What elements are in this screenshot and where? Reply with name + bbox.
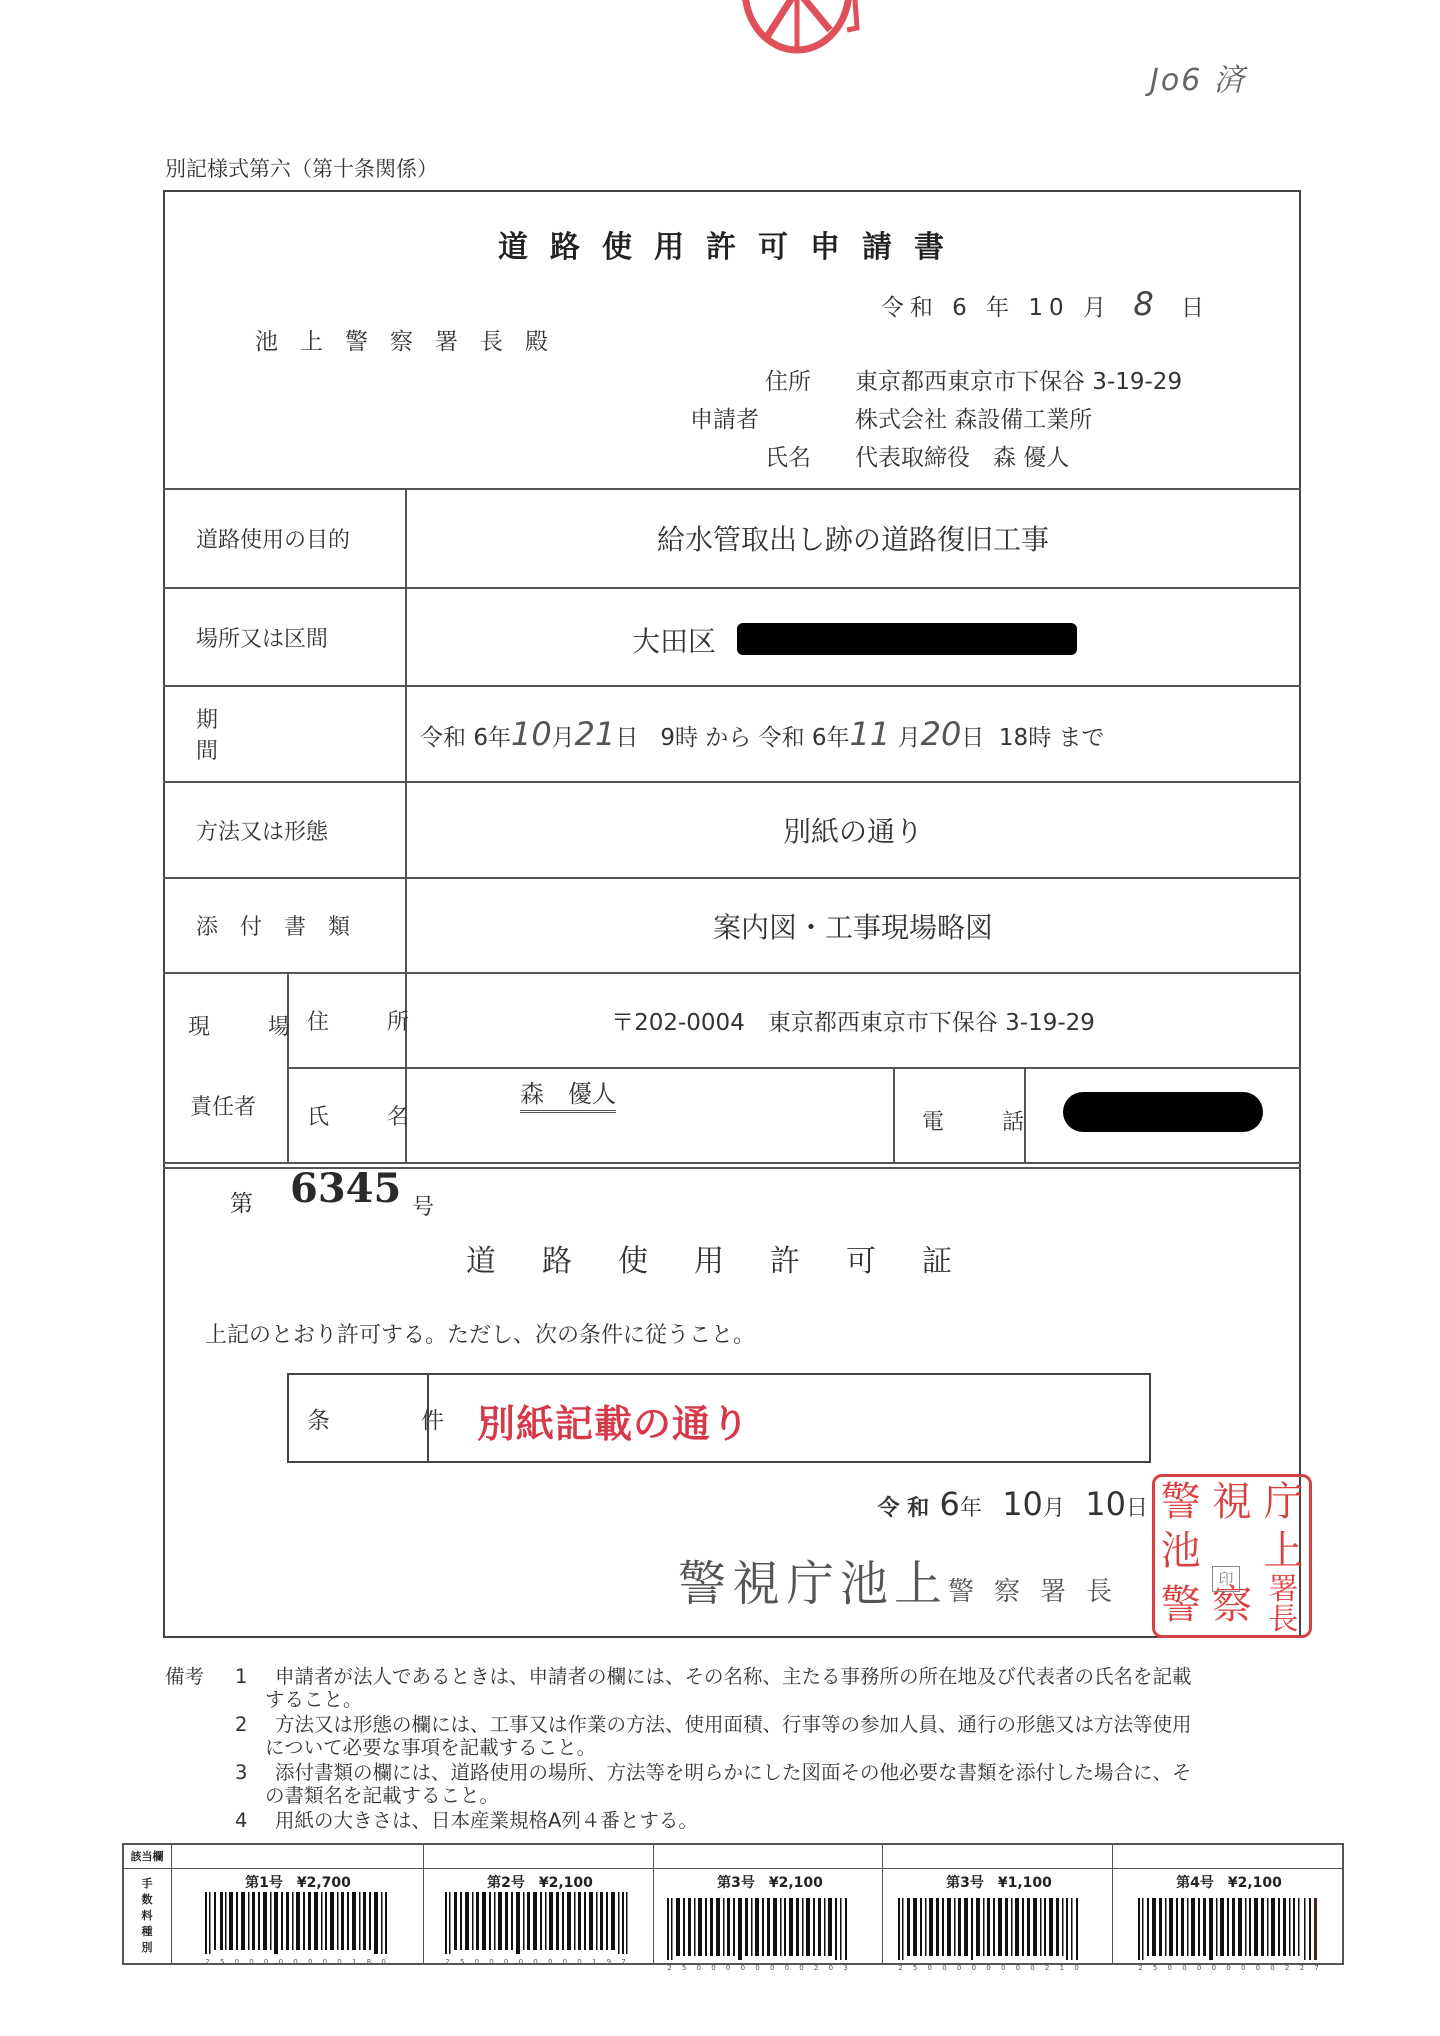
attachments-label: 添付書類 bbox=[196, 879, 396, 972]
location-redaction bbox=[737, 623, 1077, 655]
period-start-hour: 9時 bbox=[660, 725, 698, 751]
period-start-era: 令和 bbox=[420, 725, 466, 751]
note-text: 添付書類の欄には、道路使用の場所、方法等を明らかにした図面その他必要な書類を添付… bbox=[275, 1761, 1192, 1784]
note-text-continued: すること。 bbox=[235, 1688, 1305, 1711]
period-start-month: 10 bbox=[511, 715, 552, 753]
site-manager-label-top: 現 場 bbox=[188, 1010, 308, 1041]
fee-applicable-label: 該当欄 bbox=[124, 1845, 170, 1869]
fee-cell: 第4号 ¥2,100 2 5 0 0 0 0 0 0 0 0 2 2 7 bbox=[1114, 1872, 1344, 1972]
period-end-year: 6年 bbox=[812, 725, 850, 751]
condition-value-stamp: 別紙記載の通り bbox=[477, 1393, 750, 1448]
barcode-icon bbox=[205, 1892, 390, 1954]
date-month-unit: 月 bbox=[1083, 295, 1112, 321]
period-end-hour: 18時 bbox=[999, 725, 1051, 751]
application-title: 道路使用許可申請書 bbox=[163, 222, 1301, 266]
permit-date-month: 10 bbox=[1002, 1485, 1043, 1523]
date-year-unit: 年 bbox=[986, 295, 1015, 321]
application-date: 令和 6 年 10 月 8 日 bbox=[881, 285, 1210, 323]
period-start-day: 21 bbox=[575, 715, 616, 753]
barcode-icon bbox=[898, 1898, 1083, 1960]
site-address-value: 〒202-0004 東京都西東京市下保谷 3-19-29 bbox=[407, 974, 1299, 1067]
fee-type-char: 種 bbox=[142, 1924, 153, 1940]
fee-cell-label: 第4号 ¥2,100 bbox=[1114, 1872, 1344, 1892]
receipt-stamp-icon bbox=[735, 0, 865, 70]
seal-mark-box: 印 bbox=[1212, 1566, 1240, 1592]
fee-table-divider bbox=[122, 1868, 1344, 1869]
date-era: 令和 bbox=[881, 295, 939, 321]
permit-date: 令 和 6年 10月 10日 bbox=[878, 1485, 1148, 1523]
applicant-address-label: 住所 bbox=[765, 363, 811, 396]
handwritten-job-note: Jo6 済 bbox=[1150, 55, 1246, 99]
notes-heading: 備考 bbox=[165, 1665, 204, 1688]
note-text-continued: について必要な事項を記載すること。 bbox=[235, 1736, 1305, 1759]
fee-checkbox-5[interactable] bbox=[1114, 1845, 1342, 1867]
fee-checkbox-1[interactable] bbox=[173, 1845, 422, 1867]
period-start-year: 6年 bbox=[473, 725, 511, 751]
table-divider bbox=[163, 1162, 1301, 1164]
applicant-company: 株式会社 森設備工業所 bbox=[855, 401, 1092, 434]
permit-number: 6345 bbox=[290, 1165, 401, 1212]
barcode-icon bbox=[667, 1898, 852, 1960]
permit-date-month-unit: 月 bbox=[1043, 1496, 1065, 1521]
location-value: 大田区 bbox=[632, 620, 716, 660]
barcode-digits: 2 5 0 0 0 0 0 0 0 0 2 2 7 bbox=[1138, 1964, 1323, 1972]
permit-date-day: 10 bbox=[1085, 1485, 1126, 1523]
date-month: 10 bbox=[1028, 295, 1069, 321]
table-divider bbox=[287, 1067, 1301, 1069]
permit-number-suffix: 号 bbox=[412, 1190, 434, 1221]
purpose-value: 給水管取出し跡の道路復旧工事 bbox=[407, 490, 1299, 586]
note-item: 1申請者が法人であるときは、申請者の欄には、その名称、主たる事務所の所在地及び代… bbox=[235, 1665, 1305, 1711]
fee-type-label: 手 数 料 種 別 bbox=[124, 1870, 170, 1962]
date-year: 6 bbox=[952, 295, 973, 321]
seal-char: 警 bbox=[1155, 1482, 1206, 1522]
note-number: 1 bbox=[235, 1665, 275, 1688]
period-end-day: 20 bbox=[921, 715, 962, 753]
permit-number-prefix: 第 bbox=[230, 1185, 253, 1218]
period-month-unit: 月 bbox=[552, 725, 575, 751]
form-reference: 別記様式第六（第十条関係） bbox=[165, 153, 438, 183]
barcode-icon bbox=[1138, 1898, 1323, 1960]
site-name-label: 氏 名 bbox=[307, 1100, 427, 1131]
fee-cell-label: 第2号 ¥2,100 bbox=[425, 1872, 655, 1892]
site-manager-name: 森 優人 bbox=[520, 1074, 616, 1113]
method-value: 別紙の通り bbox=[407, 783, 1299, 877]
note-text: 用紙の大きさは、日本産業規格A列４番とする。 bbox=[275, 1809, 698, 1832]
note-number: 2 bbox=[235, 1713, 275, 1736]
applicant-name: 代表取締役 森 優人 bbox=[855, 439, 1069, 472]
seal-char: 視 bbox=[1206, 1482, 1257, 1522]
fee-type-char: 数 bbox=[142, 1892, 153, 1908]
note-item: 2方法又は形態の欄には、工事又は作業の方法、使用面積、行事等の参加人員、通行の形… bbox=[235, 1713, 1305, 1759]
fee-table-divider bbox=[171, 1843, 172, 1965]
site-manager-label-bottom: 責任者 bbox=[190, 1090, 256, 1121]
period-label: 期 間 bbox=[196, 687, 376, 781]
official-seal-stamp: 警 視 庁 池 上 警 察 署長 bbox=[1152, 1474, 1312, 1638]
period-end-era: 令和 bbox=[759, 725, 805, 751]
period-until: まで bbox=[1059, 725, 1105, 751]
applicant-name-label: 氏名 bbox=[765, 439, 811, 472]
method-label: 方法又は形態 bbox=[196, 783, 376, 877]
fee-checkbox-2[interactable] bbox=[425, 1845, 652, 1867]
fee-type-char: 料 bbox=[142, 1908, 153, 1924]
column-divider bbox=[287, 972, 289, 1164]
permit-date-era: 令 和 bbox=[878, 1496, 930, 1521]
fee-table-divider bbox=[423, 1843, 424, 1965]
applicant-address: 東京都西東京市下保谷 3-19-29 bbox=[855, 363, 1182, 396]
permit-title: 道路使用許可証 bbox=[163, 1236, 1301, 1280]
period-day-unit: 日 bbox=[961, 725, 984, 751]
period-day-unit: 日 bbox=[615, 725, 638, 751]
attachments-value: 案内図・工事現場略図 bbox=[407, 879, 1299, 972]
date-day-handwritten: 8 bbox=[1133, 285, 1159, 323]
fee-checkbox-3[interactable] bbox=[655, 1845, 881, 1867]
issuer-sub: 警察署長 bbox=[948, 1577, 1132, 1607]
barcode-icon bbox=[445, 1892, 630, 1954]
note-item: 4用紙の大きさは、日本産業規格A列４番とする。 bbox=[235, 1809, 1305, 1832]
permit-date-year: 6 bbox=[939, 1485, 959, 1523]
note-number: 4 bbox=[235, 1809, 275, 1832]
note-text-continued: の書類名を記載すること。 bbox=[235, 1784, 1305, 1807]
issuer: 警視庁池上警察署長 bbox=[678, 1545, 1132, 1614]
condition-label: 条 件 bbox=[307, 1402, 478, 1435]
date-day-unit: 日 bbox=[1181, 295, 1210, 321]
fee-cell: 第2号 ¥2,100 2 5 0 0 0 0 0 0 0 0 1 9 7 bbox=[425, 1872, 655, 1966]
period-month-unit: 月 bbox=[898, 725, 921, 751]
permit-date-day-unit: 日 bbox=[1126, 1496, 1148, 1521]
purpose-label: 道路使用の目的 bbox=[196, 490, 376, 586]
note-item: 3添付書類の欄には、道路使用の場所、方法等を明らかにした図面その他必要な書類を添… bbox=[235, 1761, 1305, 1807]
barcode-digits: 2 5 0 0 0 0 0 0 0 0 2 0 3 bbox=[667, 1964, 852, 1972]
fee-type-char: 別 bbox=[142, 1940, 153, 1956]
phone-redaction bbox=[1063, 1092, 1263, 1132]
issuer-main: 警視庁池上 bbox=[678, 1556, 948, 1612]
barcode-digits: 2 5 0 0 0 0 0 0 0 0 1 9 7 bbox=[445, 1958, 630, 1966]
fee-type-char: 手 bbox=[142, 1876, 153, 1892]
fee-cell-label: 第1号 ¥2,700 bbox=[183, 1872, 413, 1892]
note-text: 方法又は形態の欄には、工事又は作業の方法、使用面積、行事等の参加人員、通行の形態… bbox=[275, 1713, 1192, 1736]
barcode-digits: 2 5 0 0 0 0 0 0 0 0 2 1 0 bbox=[898, 1964, 1083, 1972]
period-end-month: 11 bbox=[850, 715, 891, 753]
note-text: 申請者が法人であるときは、申請者の欄には、その名称、主たる事務所の所在地及び代表… bbox=[275, 1665, 1192, 1688]
seal-char: 上 bbox=[1258, 1531, 1309, 1571]
seal-char: 署長 bbox=[1258, 1575, 1309, 1635]
seal-char: 警 bbox=[1155, 1585, 1206, 1625]
barcode-digits: 2 5 0 0 0 0 0 0 0 0 1 8 0 bbox=[205, 1958, 390, 1966]
applicant-section-label: 申請者 bbox=[690, 401, 759, 434]
permit-statement: 上記のとおり許可する。ただし、次の条件に従うこと。 bbox=[205, 1318, 755, 1349]
fee-cell: 第1号 ¥2,700 2 5 0 0 0 0 0 0 0 0 1 8 0 bbox=[183, 1872, 413, 1966]
period-value: 令和 6年10月21日 9時 から 令和 6年11 月20日 18時 まで bbox=[420, 715, 1105, 753]
period-from: から bbox=[705, 725, 751, 751]
seal-char: 池 bbox=[1155, 1531, 1206, 1571]
fee-checkbox-4[interactable] bbox=[884, 1845, 1111, 1867]
seal-char: 庁 bbox=[1258, 1482, 1309, 1522]
addressee: 池上警察署長殿 bbox=[255, 323, 570, 356]
permit-date-year-unit: 年 bbox=[960, 1496, 982, 1521]
location-label: 場所又は区間 bbox=[196, 589, 376, 685]
fee-cell-label: 第3号 ¥2,100 bbox=[655, 1872, 885, 1892]
note-number: 3 bbox=[235, 1761, 275, 1784]
fee-cell: 第3号 ¥2,100 2 5 0 0 0 0 0 0 0 0 2 0 3 bbox=[655, 1872, 885, 1972]
column-divider bbox=[893, 1067, 895, 1164]
fee-cell: 第3号 ¥1,100 2 5 0 0 0 0 0 0 0 0 2 1 0 bbox=[884, 1872, 1114, 1972]
phone-label: 電 話 bbox=[922, 1105, 1042, 1136]
fee-cell-label: 第3号 ¥1,100 bbox=[884, 1872, 1114, 1892]
